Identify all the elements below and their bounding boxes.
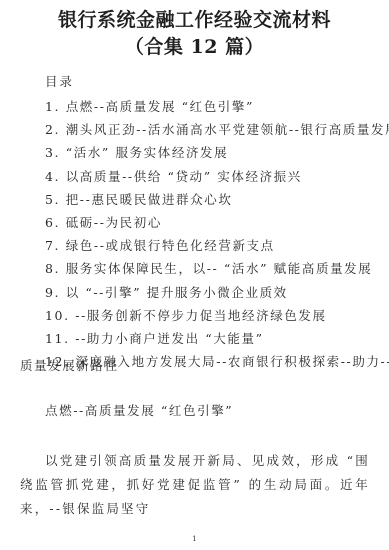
- page-number: 1: [0, 535, 389, 543]
- toc-item: 3. “活水” 服务实体经济发展: [45, 141, 375, 164]
- toc-item-continuation: 质量发展新路径: [20, 356, 119, 374]
- toc-item: 11. --助力小商户迸发出 “大能量”: [45, 327, 375, 350]
- toc-item: 5. 把--惠民暖民做进群众心坎: [45, 188, 375, 211]
- toc-item: 8. 服务实体保障民生，以-- “活水” 赋能高质量发展: [45, 257, 375, 280]
- section-heading: 点燃--高质量发展 “红色引擎”: [45, 401, 233, 419]
- toc-item: 4. 以高质量--供给 “贷动” 实体经济振兴: [45, 165, 375, 188]
- toc-item: 6. 砥砺--为民初心: [45, 211, 375, 234]
- body-paragraph: 以党建引领高质量发展开新局、见成效，形成 “围绕监管抓党建，抓好党建促监管” 的…: [20, 449, 370, 521]
- toc-item: 7. 绿色--或成银行特色化经营新支点: [45, 234, 375, 257]
- toc-item: 2. 潮头风正劲--活水涌高水平党建领航--银行高质量发展: [45, 118, 375, 141]
- toc-heading: 目录: [45, 72, 74, 90]
- toc-item: 9. 以 “--引擎” 提升服务小微企业质效: [45, 281, 375, 304]
- toc-item: 1. 点燃--高质量发展 “红色引擎”: [45, 95, 375, 118]
- document-title: 银行系统金融工作经验交流材料: [0, 5, 389, 32]
- document-subtitle: （合集 12 篇）: [0, 32, 389, 59]
- table-of-contents: 1. 点燃--高质量发展 “红色引擎” 2. 潮头风正劲--活水涌高水平党建领航…: [45, 95, 375, 373]
- toc-item: 10. --服务创新不停步力促当地经济绿色发展: [45, 304, 375, 327]
